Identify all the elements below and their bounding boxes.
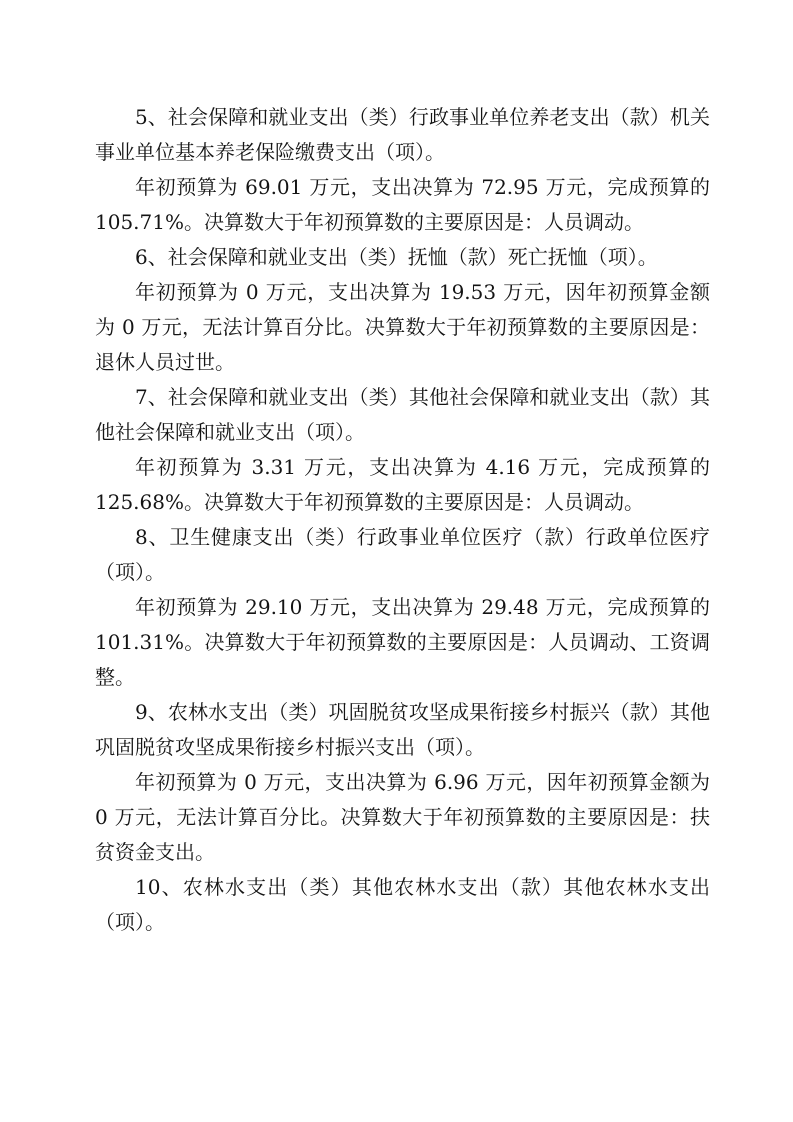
paragraph-item-7-heading: 7、社会保障和就业支出（类）其他社会保障和就业支出（款）其他社会保障和就业支出（… xyxy=(95,380,710,450)
paragraph-item-5-heading: 5、社会保障和就业支出（类）行政事业单位养老支出（款）机关事业单位基本养老保险缴… xyxy=(95,100,710,170)
paragraph-item-9-heading: 9、农林水支出（类）巩固脱贫攻坚成果衔接乡村振兴（款）其他巩固脱贫攻坚成果衔接乡… xyxy=(95,695,710,765)
document-page: 5、社会保障和就业支出（类）行政事业单位养老支出（款）机关事业单位基本养老保险缴… xyxy=(0,0,793,1122)
paragraph-item-8-detail: 年初预算为 29.10 万元，支出决算为 29.48 万元，完成预算的 101.… xyxy=(95,590,710,695)
paragraph-item-8-heading: 8、卫生健康支出（类）行政事业单位医疗（款）行政单位医疗（项）。 xyxy=(95,520,710,590)
paragraph-item-9-detail: 年初预算为 0 万元，支出决算为 6.96 万元，因年初预算金额为 0 万元，无… xyxy=(95,765,710,870)
paragraph-item-10-heading: 10、农林水支出（类）其他农林水支出（款）其他农林水支出（项）。 xyxy=(95,870,710,940)
paragraph-item-7-detail: 年初预算为 3.31 万元，支出决算为 4.16 万元，完成预算的 125.68… xyxy=(95,450,710,520)
document-body: 5、社会保障和就业支出（类）行政事业单位养老支出（款）机关事业单位基本养老保险缴… xyxy=(95,100,710,940)
paragraph-item-6-detail: 年初预算为 0 万元，支出决算为 19.53 万元，因年初预算金额为 0 万元，… xyxy=(95,275,710,380)
paragraph-item-5-detail: 年初预算为 69.01 万元，支出决算为 72.95 万元，完成预算的 105.… xyxy=(95,170,710,240)
paragraph-item-6-heading: 6、社会保障和就业支出（类）抚恤（款）死亡抚恤（项）。 xyxy=(95,240,710,275)
